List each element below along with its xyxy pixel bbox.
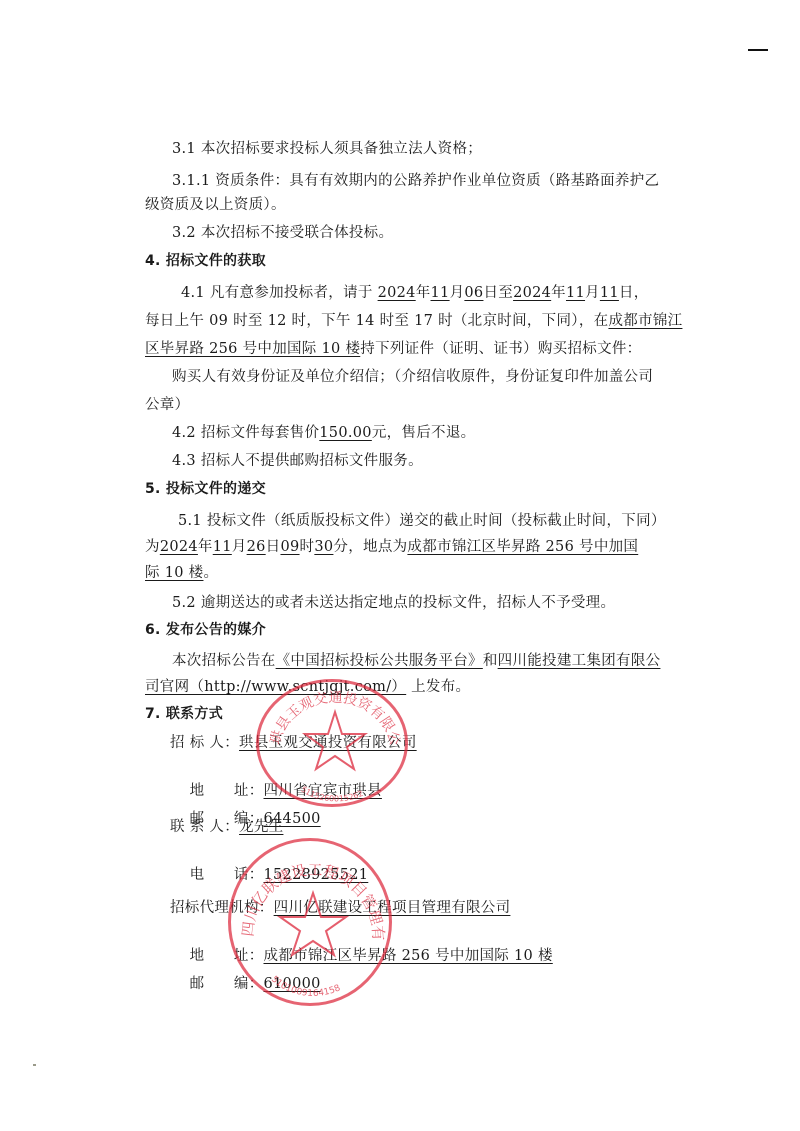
location-a: 成都市锦江 <box>608 313 682 329</box>
para-3-2: 3.2 本次招标不接受联合体投标。 <box>172 223 393 243</box>
scan-speck <box>33 1064 36 1066</box>
para-4-3: 4.3 招标人不提供邮购招标文件服务。 <box>172 451 423 471</box>
hours-text: 每日上午 09 时至 12 时，下午 14 时至 17 时（北京时间，下同），在 <box>145 313 608 329</box>
start-month: 11 <box>431 285 450 301</box>
start-day: 06 <box>464 285 483 301</box>
end-month: 11 <box>566 285 585 301</box>
seal-star-icon: 四川亿联建设工程项目管理有限公司 5101009164158 <box>231 841 395 1009</box>
para-5-1-c: 际 10 楼。 <box>145 563 218 583</box>
seal-code: 5115260015262 <box>299 785 364 804</box>
site-a: 四川能投建工集团有限公 <box>498 653 661 669</box>
document-page: 3.1 本次招标要求投标人须具备独立法人资格； 3.1.1 资质条件：具有有效期… <box>0 0 800 1131</box>
end-year: 2024 <box>513 285 551 301</box>
location-suffix: 持下列证件（证明、证书）购买招标文件： <box>360 341 641 357</box>
deadline-year: 2024 <box>160 539 198 555</box>
svg-text:5101009164158: 5101009164158 <box>269 974 342 999</box>
tenderer-company-seal: 珙县玉观交通投资有限公司 5115260015262 <box>256 679 408 807</box>
seal-code: 5101009164158 <box>269 974 342 999</box>
para-5-1-b: 为2024年11月26日09时30分，地点为成都市锦江区毕昇路 256 号中加国 <box>145 537 638 557</box>
docs-a: 购买人有效身份证及单位介绍信；（介绍信收原件，身份证复印件加盖公司 <box>172 367 653 387</box>
para-5-1-a: 5.1 投标文件（纸质版投标文件）递交的截止时间（投标截止时间，下同） <box>178 511 666 531</box>
location-b: 区毕昇路 256 号中加国际 10 楼 <box>145 341 360 357</box>
para-4-2-suffix: 元，售后不退。 <box>372 425 476 441</box>
end-day: 11 <box>600 285 619 301</box>
tenderer-contact: 龙先生 <box>239 819 283 835</box>
para-3-1-1-a: 3.1.1 资质条件：具有有效期内的公路养护作业单位资质（路基路面养护乙 <box>172 171 659 191</box>
para-3-1: 3.1 本次招标要求投标人须具备独立法人资格； <box>172 139 482 159</box>
seal-text: 珙县玉观交通投资有限公司 <box>259 682 403 747</box>
deadline-month: 11 <box>213 539 232 555</box>
para-6-suffix: 上发布。 <box>411 679 470 695</box>
para-4-2: 4.2 招标文件每套售价150.00元，售后不退。 <box>172 423 475 443</box>
corner-mark <box>748 49 768 51</box>
deadline-location-b: 际 10 楼 <box>145 565 203 581</box>
heading-4: 4. 招标文件的获取 <box>145 251 266 271</box>
para-6-prefix: 本次招标公告在 <box>172 653 276 669</box>
conj: 和 <box>483 653 498 669</box>
svg-text:珙县玉观交通投资有限公司: 珙县玉观交通投资有限公司 <box>259 682 403 747</box>
para-4-1-a: 4.1 凡有意参加投标者，请于 2024年11月06日至2024年11月11日， <box>181 283 649 303</box>
docs-b: 公章） <box>145 395 189 415</box>
para-4-1-prefix: 4.1 凡有意参加投标者，请于 <box>181 285 373 301</box>
deadline-day: 26 <box>247 539 266 555</box>
location-prefix: 分，地点为 <box>333 539 407 555</box>
para-4-1-c: 区毕昇路 256 号中加国际 10 楼持下列证件（证明、证书）购买招标文件： <box>145 339 641 359</box>
deadline-location-a: 成都市锦江区毕昇路 256 号中加国 <box>407 539 638 555</box>
tenderer-name-label: 招 标 人： <box>170 733 239 753</box>
platform-link[interactable]: 《中国招标投标公共服务平台》 <box>276 653 483 669</box>
price: 150.00 <box>319 425 372 441</box>
para-4-1-b: 每日上午 09 时至 12 时，下午 14 时至 17 时（北京时间，下同），在… <box>145 311 682 331</box>
agency-company-seal: 四川亿联建设工程项目管理有限公司 5101009164158 <box>228 838 392 1006</box>
para-3-1-1-b: 级资质及以上资质）。 <box>145 195 286 215</box>
heading-5: 5. 投标文件的递交 <box>145 479 266 499</box>
deadline-minute: 30 <box>314 539 333 555</box>
seal-text: 四川亿联建设工程项目管理有限公司 <box>231 841 387 941</box>
para-6-a: 本次招标公告在《中国招标投标公共服务平台》和四川能投建工集团有限公 <box>172 651 660 671</box>
heading-7: 7. 联系方式 <box>145 704 223 724</box>
tenderer-contact-label: 联 系 人： <box>170 817 239 837</box>
heading-6: 6. 发布公告的媒介 <box>145 620 266 640</box>
para-4-2-prefix: 4.2 招标文件每套售价 <box>172 425 319 441</box>
deadline-hour: 09 <box>280 539 299 555</box>
para-5-2: 5.2 逾期送达的或者未送达指定地点的投标文件，招标人不予受理。 <box>172 593 615 613</box>
seal-star-icon: 珙县玉观交通投资有限公司 5115260015262 <box>259 682 411 810</box>
start-year: 2024 <box>378 285 416 301</box>
svg-text:四川亿联建设工程项目管理有限公司: 四川亿联建设工程项目管理有限公司 <box>231 841 387 941</box>
tenderer-contact-row: 联 系 人：龙先生 <box>170 817 283 837</box>
svg-text:5115260015262: 5115260015262 <box>299 785 364 804</box>
